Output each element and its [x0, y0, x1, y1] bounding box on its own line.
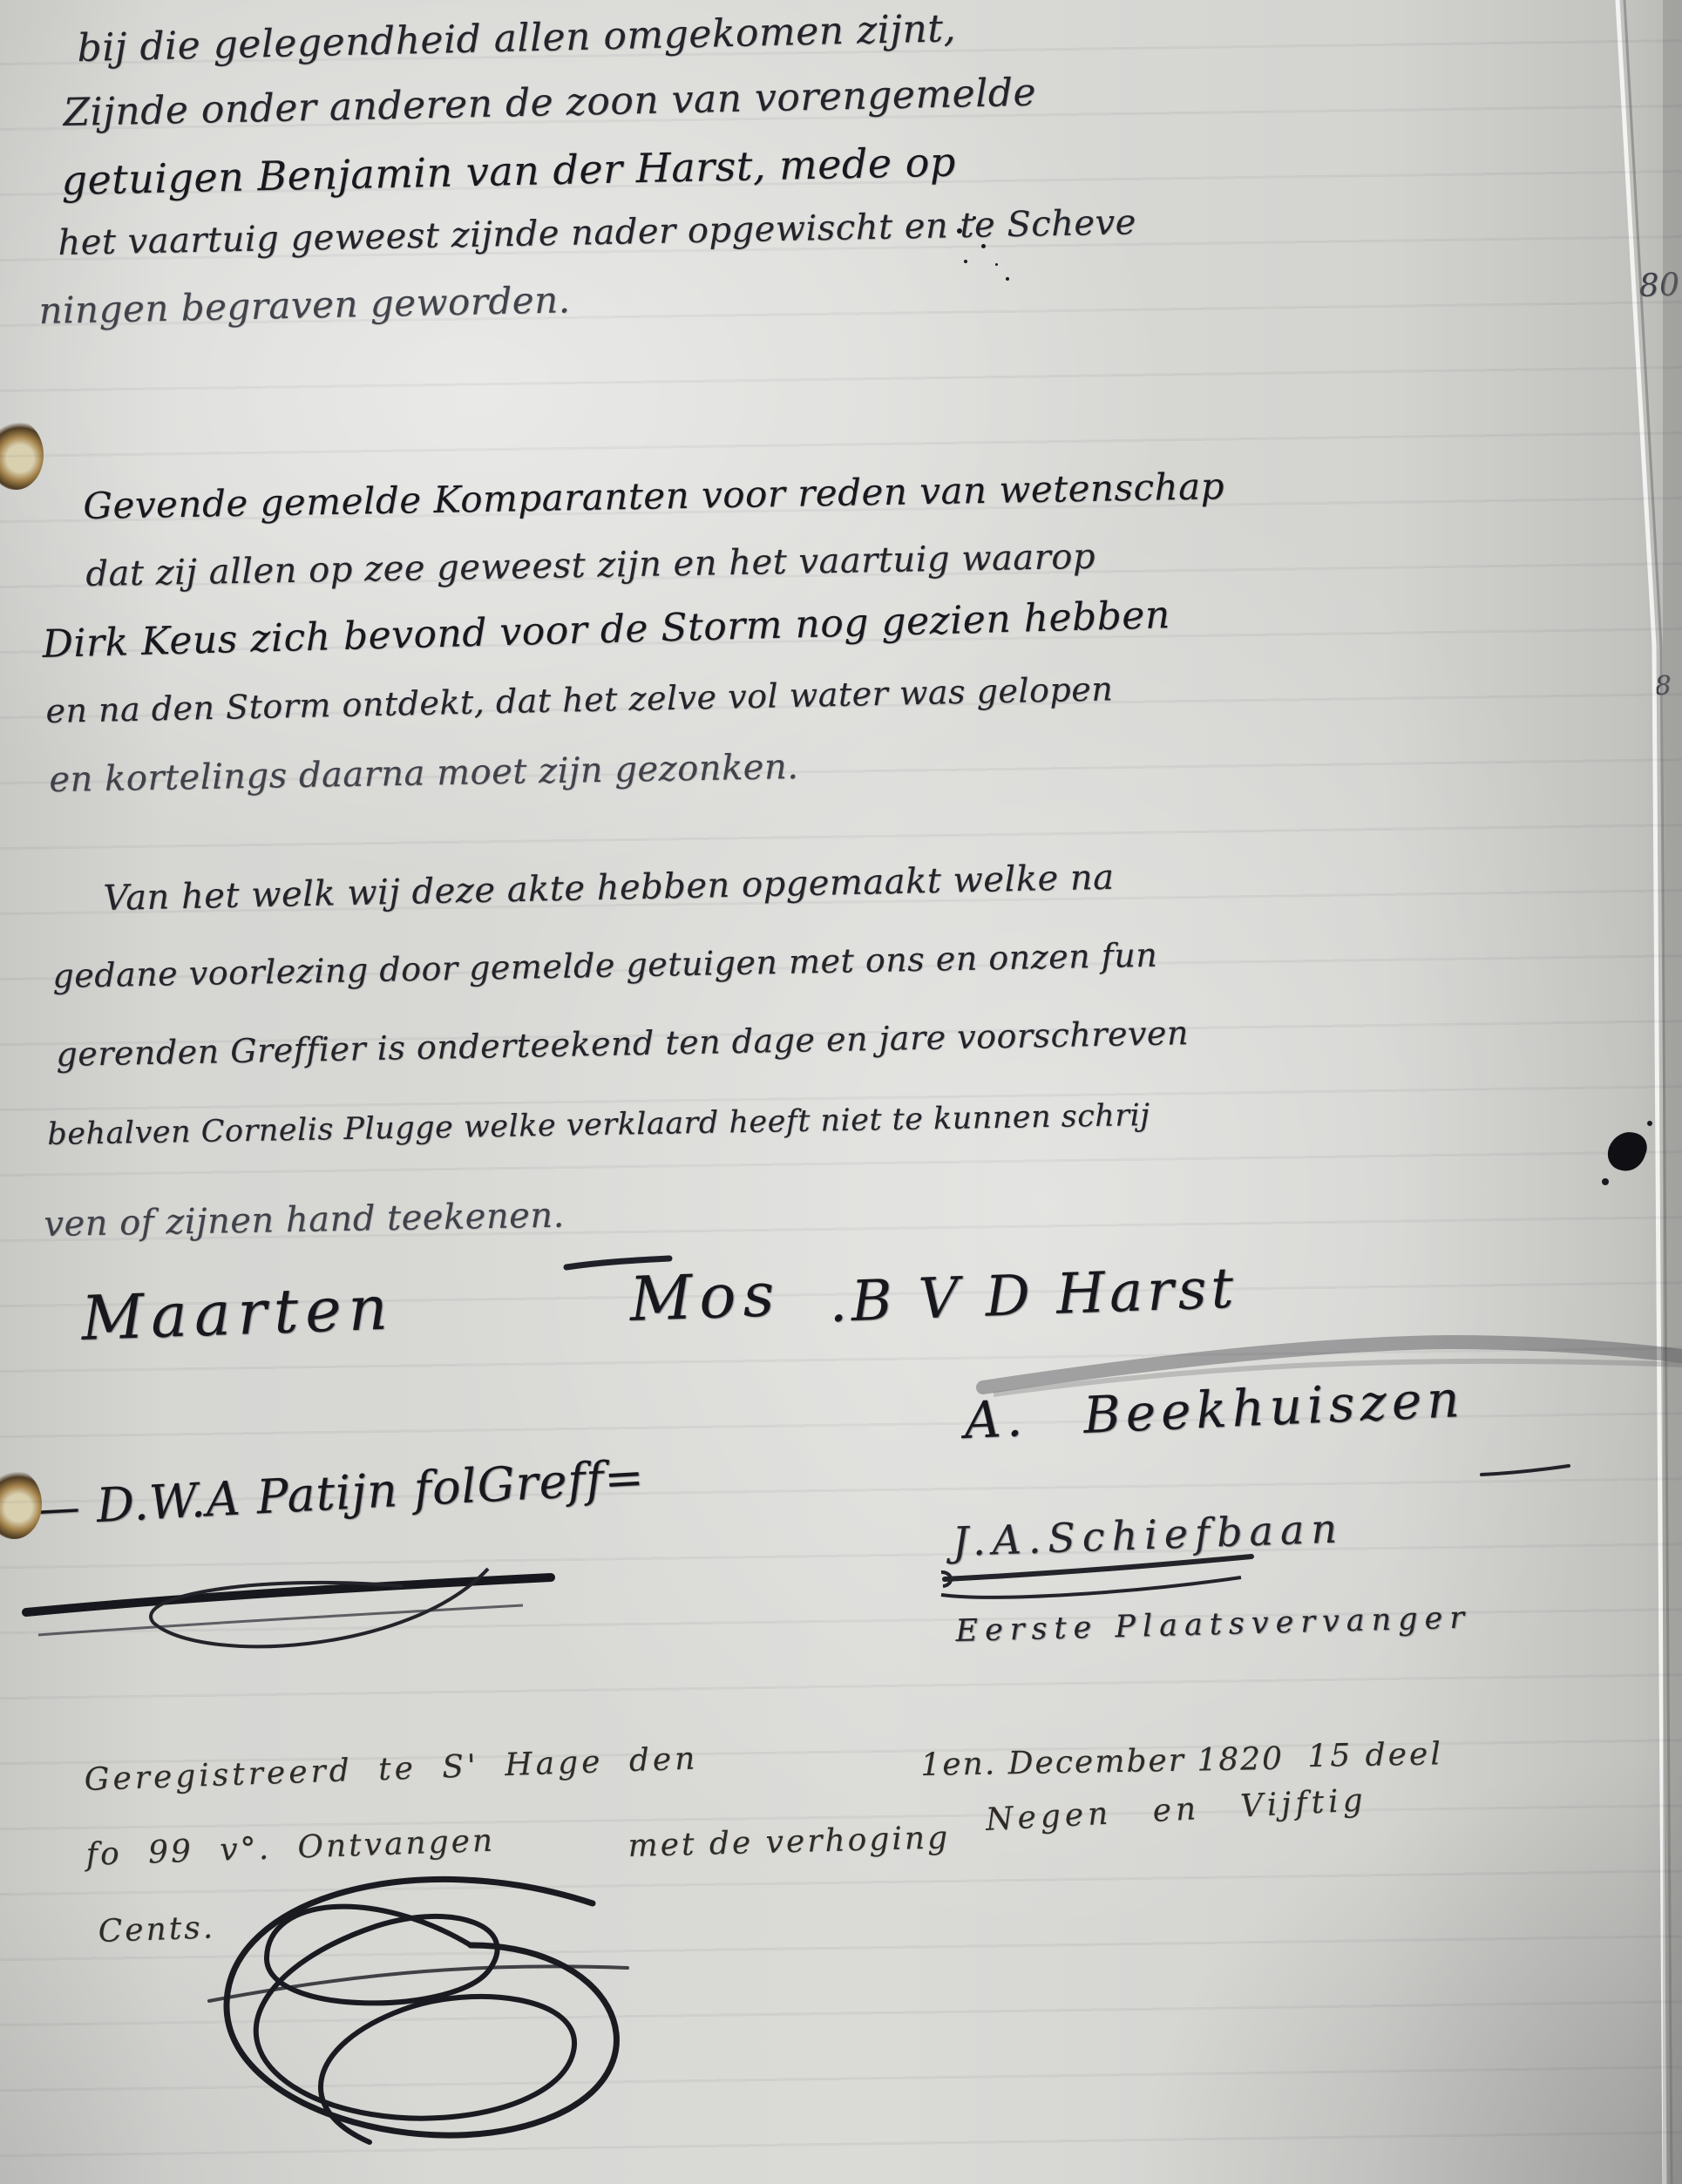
page-crease [1618, 0, 1682, 2184]
manuscript-line: bij die gelegendheid allen omgekomen zij… [77, 6, 956, 71]
manuscript-line: het vaartuig geweest zijnde nader opgewi… [58, 202, 1136, 263]
registration-place-line: Geregistreerd te S' Hage den [84, 1740, 699, 1798]
manuscript-line: Gevende gemelde Komparanten voor reden v… [83, 465, 1224, 527]
ink-speck [1602, 1178, 1609, 1185]
ink-speck [957, 228, 962, 234]
manuscript-line: Van het welk wij deze akte hebben opgema… [103, 858, 1115, 919]
registrar-signature-flourish [209, 1879, 627, 2142]
signature-beekhuiszen: A. Beekhuiszen [963, 1369, 1466, 1450]
ink-speck [973, 216, 976, 220]
patijn-flourish [26, 1569, 551, 1646]
manuscript-line: behalven Cornelis Plugge welke verklaard… [47, 1098, 1150, 1152]
ink-speck [981, 244, 986, 248]
ink-speck [1006, 277, 1009, 281]
manuscript-line: getuigen Benjamin van der Harst, mede op [61, 139, 956, 204]
manuscript-line: gedane voorlezing door gemelde getuigen … [52, 936, 1158, 995]
document-page: bij die gelegendheid allen omgekomen zij… [0, 0, 1682, 2184]
ink-speck [1647, 1121, 1652, 1126]
registration-fee-text: met de verhoging [627, 1820, 951, 1864]
signature-van-der-harst: .B V D Harst [828, 1257, 1238, 1335]
edge-text-fragment: 80 [1638, 267, 1680, 304]
manuscript-line: dat zij allen op zee geweest zijn en het… [85, 537, 1095, 594]
registration-cents: Cents. [98, 1909, 216, 1950]
signature-patijn: — D.W.A Patijn folGreff= [31, 1449, 646, 1536]
manuscript-line: Zijnde onder anderen de zoon van vorenge… [63, 71, 1036, 135]
manuscript-line: ven of zijnen hand teekenen. [44, 1196, 565, 1245]
signature-maarten-mos: Maarten Mos [80, 1258, 783, 1354]
ink-blot [1603, 1126, 1651, 1177]
ink-speck [995, 263, 998, 266]
registration-date: 1en. December 1820 [920, 1741, 1284, 1783]
beekhuiszen-underline [1482, 1466, 1569, 1475]
edge-text-fragment: 8 [1654, 670, 1672, 702]
manuscript-line: ningen begraven geworden. [38, 278, 571, 332]
ink-speck [964, 260, 967, 263]
registration-volume: 15 deel [1307, 1736, 1443, 1774]
registration-fee-amount: Negen en Vijftig [985, 1782, 1368, 1838]
signature-schiefbaan: J.A.Schiefbaan [952, 1504, 1345, 1565]
manuscript-line: Dirk Keus zich bevond voor de Storm nog … [42, 593, 1170, 667]
manuscript-line: gerenden Greffier is onderteekend ten da… [56, 1014, 1189, 1074]
registration-folio: fo 99 v°. Ontvangen [85, 1823, 496, 1873]
signature-schiefbaan-title: Eerste Plaatsvervanger [955, 1601, 1471, 1649]
manuscript-line: en kortelings daarna moet zijn gezonken. [49, 747, 799, 800]
manuscript-line: en na den Storm ontdekt, dat het zelve v… [45, 669, 1114, 730]
punch-hole [0, 420, 44, 490]
